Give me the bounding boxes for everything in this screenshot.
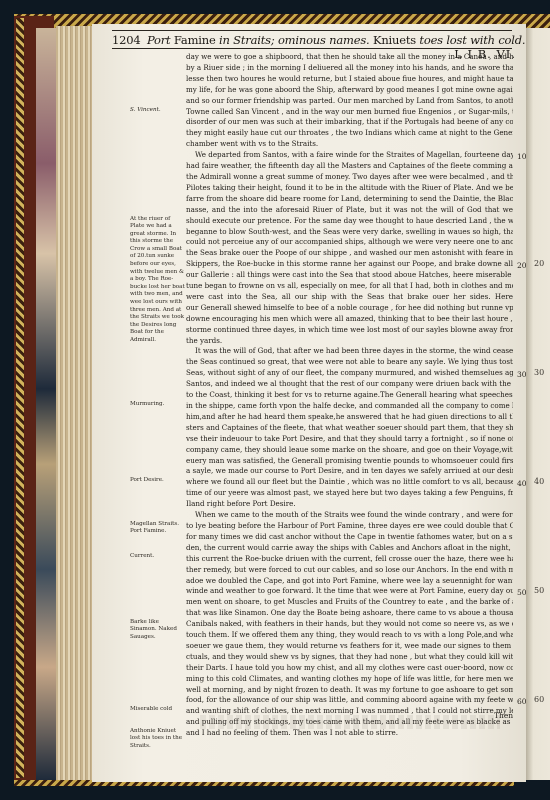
text-line: our Gallerie : all things were cast into… bbox=[186, 270, 513, 281]
text-line: vse their indeuour to take Port Desire, … bbox=[186, 434, 513, 445]
text-line: my life, for he was gone aboord the Ship… bbox=[186, 85, 513, 96]
margin-note: At the riuer of Plate we had a great sto… bbox=[130, 216, 186, 345]
facing-page-line-number: 50 bbox=[534, 586, 544, 595]
show-through-text bbox=[200, 715, 500, 729]
text-line: the Seas brake ouer the Poope of our shi… bbox=[186, 248, 513, 259]
running-head-part: Kniuets bbox=[373, 33, 419, 47]
body-text: day we were to goe a shipboord, that the… bbox=[186, 52, 513, 739]
text-line: ming to this cold Climates, and wanting … bbox=[186, 674, 513, 685]
page-stack-edge bbox=[56, 26, 92, 782]
text-line: to lye beating before the Harbour of Por… bbox=[186, 521, 513, 532]
text-line: to the Coast, thinking it best for vs to… bbox=[186, 390, 513, 401]
text-line: their Darts. I haue told you how my chis… bbox=[186, 663, 513, 674]
text-line: Skippers, the Roe-bucke in this storme r… bbox=[186, 259, 513, 270]
text-line: lesse then two houres he would returne, … bbox=[186, 74, 513, 85]
running-head-part: Port bbox=[147, 33, 174, 47]
margin-note: Anthonie Kniuet lost his toes in the Str… bbox=[130, 728, 186, 751]
text-line: ther remedy, but were forced to cut our … bbox=[186, 565, 513, 576]
text-line: and I had no feeling of them. Then was I… bbox=[186, 728, 513, 739]
text-line: our Generall shewed himselfe to bee of a… bbox=[186, 303, 513, 314]
line-number: 40 bbox=[517, 479, 527, 488]
facing-page-line-number: 40 bbox=[534, 477, 544, 486]
text-line: this current the Roe-bucke driuen with t… bbox=[186, 554, 513, 565]
line-number: 30 bbox=[517, 370, 527, 379]
margin-note: Murmuring. bbox=[130, 401, 186, 409]
text-line: Towne called San Vincent , and in the wa… bbox=[186, 107, 513, 118]
text-line: farre from the shoare did beare roome fo… bbox=[186, 194, 513, 205]
text-line: the Admirall wonne a great summe of mone… bbox=[186, 172, 513, 183]
page-number: 1204 bbox=[112, 33, 140, 47]
text-line: Canibals naked, with feathers in their h… bbox=[186, 619, 513, 630]
catchword: Then bbox=[494, 711, 513, 720]
text-line: day we were to goe a shipboord, that the… bbox=[186, 52, 513, 63]
text-line: in the shippe, came forth vpon the halfe… bbox=[186, 401, 513, 412]
text-line: Seas, without sight of any of our fleet,… bbox=[186, 368, 513, 379]
running-head-part: toes lost with cold. bbox=[419, 33, 525, 47]
text-line: the yards. bbox=[186, 336, 513, 347]
text-line: When we came to the mouth of the Straits… bbox=[186, 510, 513, 521]
running-head-part: in Straits; ominous names. bbox=[219, 33, 373, 47]
text-line: storme continued three dayes, in which t… bbox=[186, 325, 513, 336]
line-number: 60 bbox=[517, 697, 527, 706]
text-line: company came, they should leaue some mar… bbox=[186, 445, 513, 456]
marbled-endpaper bbox=[36, 28, 56, 780]
facing-page-edge: 2030405060 bbox=[526, 28, 550, 780]
margin-note: Magellan Straits. Port Famine. bbox=[130, 521, 186, 536]
text-line: beganne to blow South-west, and the Seas… bbox=[186, 227, 513, 238]
text-line: It was the will of God, that after we ha… bbox=[186, 346, 513, 357]
text-line: where we found all our fleet but the Dai… bbox=[186, 477, 513, 488]
header-rule-top bbox=[112, 30, 512, 31]
running-head-part: Famine bbox=[174, 33, 219, 47]
facing-page-line-number: 20 bbox=[534, 259, 544, 268]
line-number: 10 bbox=[517, 152, 527, 161]
text-line: euery man was satisfied, the Generall pr… bbox=[186, 456, 513, 467]
text-line: that was like Sinamon. One day the Boate… bbox=[186, 608, 513, 619]
margin-note: Port Desire. bbox=[130, 477, 186, 485]
margin-note: Current. bbox=[130, 553, 186, 561]
facing-page-line-number: 60 bbox=[534, 695, 544, 704]
text-line: they might easily haue cut our throates … bbox=[186, 128, 513, 139]
margin-note: Miserable cold bbox=[130, 706, 186, 714]
text-line: a sayle, we made our course to Port Desi… bbox=[186, 466, 513, 477]
margin-note: S. Vincent. bbox=[130, 107, 186, 115]
text-line: adoe we doubled the Cape, and got into P… bbox=[186, 576, 513, 587]
facing-page-line-number: 30 bbox=[534, 368, 544, 377]
line-number: 20 bbox=[517, 261, 527, 270]
header-rule-bottom bbox=[112, 48, 512, 49]
text-line: were cast into the Sea, all our ship wit… bbox=[186, 292, 513, 303]
text-line: and so our former friendship was parted.… bbox=[186, 96, 513, 107]
text-line: sters and Captaines of the fleete, that … bbox=[186, 423, 513, 434]
text-line: Iland right before Port Desire. bbox=[186, 499, 513, 510]
text-line: disorder of our men was such at their im… bbox=[186, 117, 513, 128]
text-line: Santos, and indeed we al thought that th… bbox=[186, 379, 513, 390]
text-line: by a Riuer side ; in the morning I deliu… bbox=[186, 63, 513, 74]
text-line: men went on shoare, to get Muscles and F… bbox=[186, 597, 513, 608]
text-line: for many times we did cast anchor withou… bbox=[186, 532, 513, 543]
text-line: ctuals, and they would shew vs by signes… bbox=[186, 652, 513, 663]
text-line: touch them. If we offered them any thing… bbox=[186, 630, 513, 641]
text-line: time of our yeere was almost past, we st… bbox=[186, 488, 513, 499]
running-head-title: Port Famine in Straits; ominous names. K… bbox=[147, 33, 525, 47]
line-number: 50 bbox=[517, 588, 527, 597]
margin-note: Barke like Sinamon. Naked Sauages. bbox=[130, 619, 186, 642]
text-line: Pilotes taking their height, found it to… bbox=[186, 183, 513, 194]
text-line: nasse, and the into the aforesaid Riuer … bbox=[186, 205, 513, 216]
text-line: soeuer we gaue them, they would returne … bbox=[186, 641, 513, 652]
text-line: the Seas continued so great, that wee we… bbox=[186, 357, 513, 368]
text-line: him,and after he had heard them speake,h… bbox=[186, 412, 513, 423]
text-line: chamber went with vs to the Straits. bbox=[186, 139, 513, 150]
text-line: den, the current would carrie away the s… bbox=[186, 543, 513, 554]
text-line: We departed from Santos, with a faire wi… bbox=[186, 150, 513, 161]
text-line: food, for the allowance of our ship was … bbox=[186, 695, 513, 706]
text-line: had faire weather, the fifteenth day all… bbox=[186, 161, 513, 172]
text-line: could not perceiue any of our accompanie… bbox=[186, 237, 513, 248]
text-line: well at morning, and by night frozen to … bbox=[186, 685, 513, 696]
text-line: tune began to frowne on vs all, especial… bbox=[186, 281, 513, 292]
text-line: winde and weather to goe forward. It the… bbox=[186, 586, 513, 597]
text-line: downe encouraging his men which were all… bbox=[186, 314, 513, 325]
text-line: should execute our pretence. For the sam… bbox=[186, 216, 513, 227]
book-cover-gilt-border bbox=[16, 18, 24, 778]
